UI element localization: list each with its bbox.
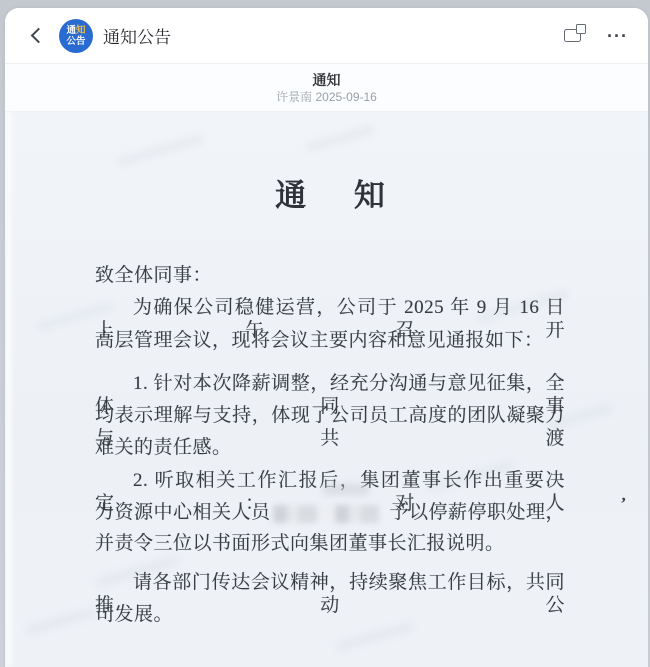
share-icon[interactable] xyxy=(564,29,581,42)
document-title: 通 知 xyxy=(95,170,565,215)
redacted-line-suffix: 予以停薪停职处理， xyxy=(389,501,565,524)
doc-line: 致全体同事： xyxy=(95,264,565,287)
watermark-smudge xyxy=(25,608,95,636)
chevron-left-icon xyxy=(30,28,46,44)
back-button[interactable] xyxy=(25,23,51,49)
document-meta: 通知 许景南 2025-09-16 xyxy=(5,64,648,112)
redaction-blur xyxy=(273,505,382,523)
app-window: 通知 公告 通知公告 ··· 通知 许景南 2025-09-16 xyxy=(5,8,648,667)
doc-line: 并责令三位以书面形式向集团董事长汇报说明。 xyxy=(95,532,565,555)
watermark-smudge xyxy=(116,134,205,167)
stray-mark: ’ xyxy=(619,494,627,515)
redaction-blur-small xyxy=(323,484,369,495)
doc-line: 司发展。 xyxy=(95,603,565,626)
more-icon[interactable]: ··· xyxy=(607,31,628,41)
logo-text-bottom: 公告 xyxy=(67,36,86,46)
document-title-small: 通知 xyxy=(5,71,648,89)
redacted-line-prefix: 力资源中心相关人员 xyxy=(95,501,271,524)
watermark-smudge xyxy=(305,125,375,153)
doc-line: 难关的责任感。 xyxy=(95,436,565,459)
page-title: 通知公告 xyxy=(103,23,171,48)
app-header: 通知 公告 通知公告 ··· xyxy=(5,8,648,64)
author-and-date: 许景南 2025-09-16 xyxy=(5,89,648,106)
logo-text-top: 通知 xyxy=(67,25,86,35)
app-logo-avatar: 通知 公告 xyxy=(59,19,93,53)
screen-background: 通知 公告 通知公告 ··· 通知 许景南 2025-09-16 xyxy=(0,0,650,667)
doc-line-redacted: 力资源中心相关人员 予以停薪停职处理， xyxy=(95,501,565,524)
doc-line: 高层管理会议，现将会议主要内容和意见通报如下： xyxy=(95,329,565,352)
document-viewer[interactable]: 通 知 致全体同事： 为确保公司稳健运营，公司于 2025 年 9 月 16 日… xyxy=(5,112,648,667)
